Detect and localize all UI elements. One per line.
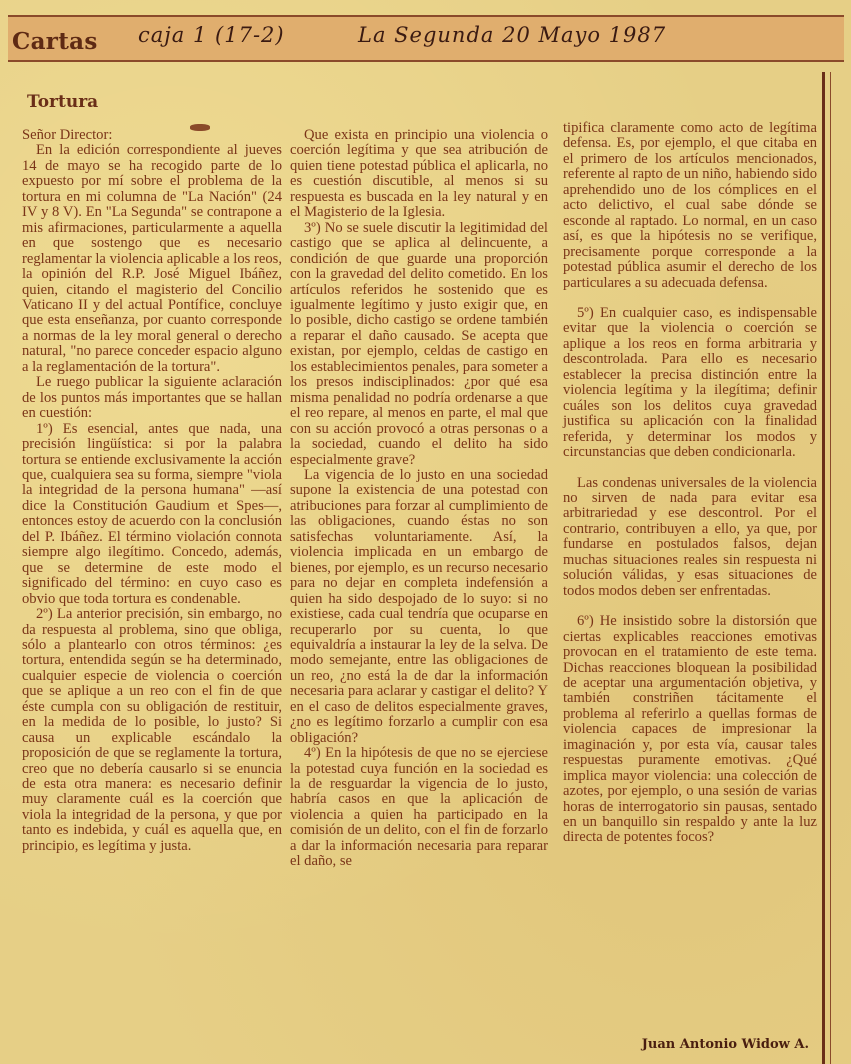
paragraph: En la edición correspondiente al jueves … [22,143,282,375]
section-header-band: Cartas caja 1 (17-2) La Segunda 20 Mayo … [8,15,844,62]
paragraph: Las condenas universales de la violencia… [563,476,817,600]
paragraph: 4º) En la hipótesis de que no se ejercie… [290,746,548,870]
handwritten-source-date-note: La Segunda 20 Mayo 1987 [358,23,666,47]
salutation: Señor Director: [22,128,282,143]
article-column-2: Que exista en principio una violencia o … [290,128,548,870]
column-rule-thin [830,72,831,1064]
author-signature: Juan Antonio Widow A. [642,1037,809,1052]
article-column-3: tipifica claramente como acto de legítim… [563,121,817,846]
paragraph: 2º) La anterior precisión, sin embargo, … [22,607,282,854]
section-name: Cartas [12,28,98,55]
paragraph: 6º) He insistido sobre la distorsión que… [563,614,817,846]
paragraph: La vigencia de lo justo en una sociedad … [290,468,548,746]
paragraph: 5º) En cualquier caso, es indispensable … [563,306,817,461]
paragraph: tipifica claramente como acto de legítim… [563,121,817,291]
paragraph: Le ruego publicar la siguiente aclaració… [22,375,282,421]
paragraph: 1º) Es esencial, antes que nada, una pre… [22,422,282,607]
newspaper-clipping: Cartas caja 1 (17-2) La Segunda 20 Mayo … [0,0,851,1064]
paragraph: Que exista en principio una violencia o … [290,128,548,221]
handwritten-archive-box-note: caja 1 (17-2) [138,23,285,47]
article-column-1: Señor Director: En la edición correspond… [22,128,282,854]
column-rule-thick [822,72,825,1064]
article-title: Tortura [27,92,98,112]
paragraph: 3º) No se suele discutir la legitimidad … [290,221,548,468]
